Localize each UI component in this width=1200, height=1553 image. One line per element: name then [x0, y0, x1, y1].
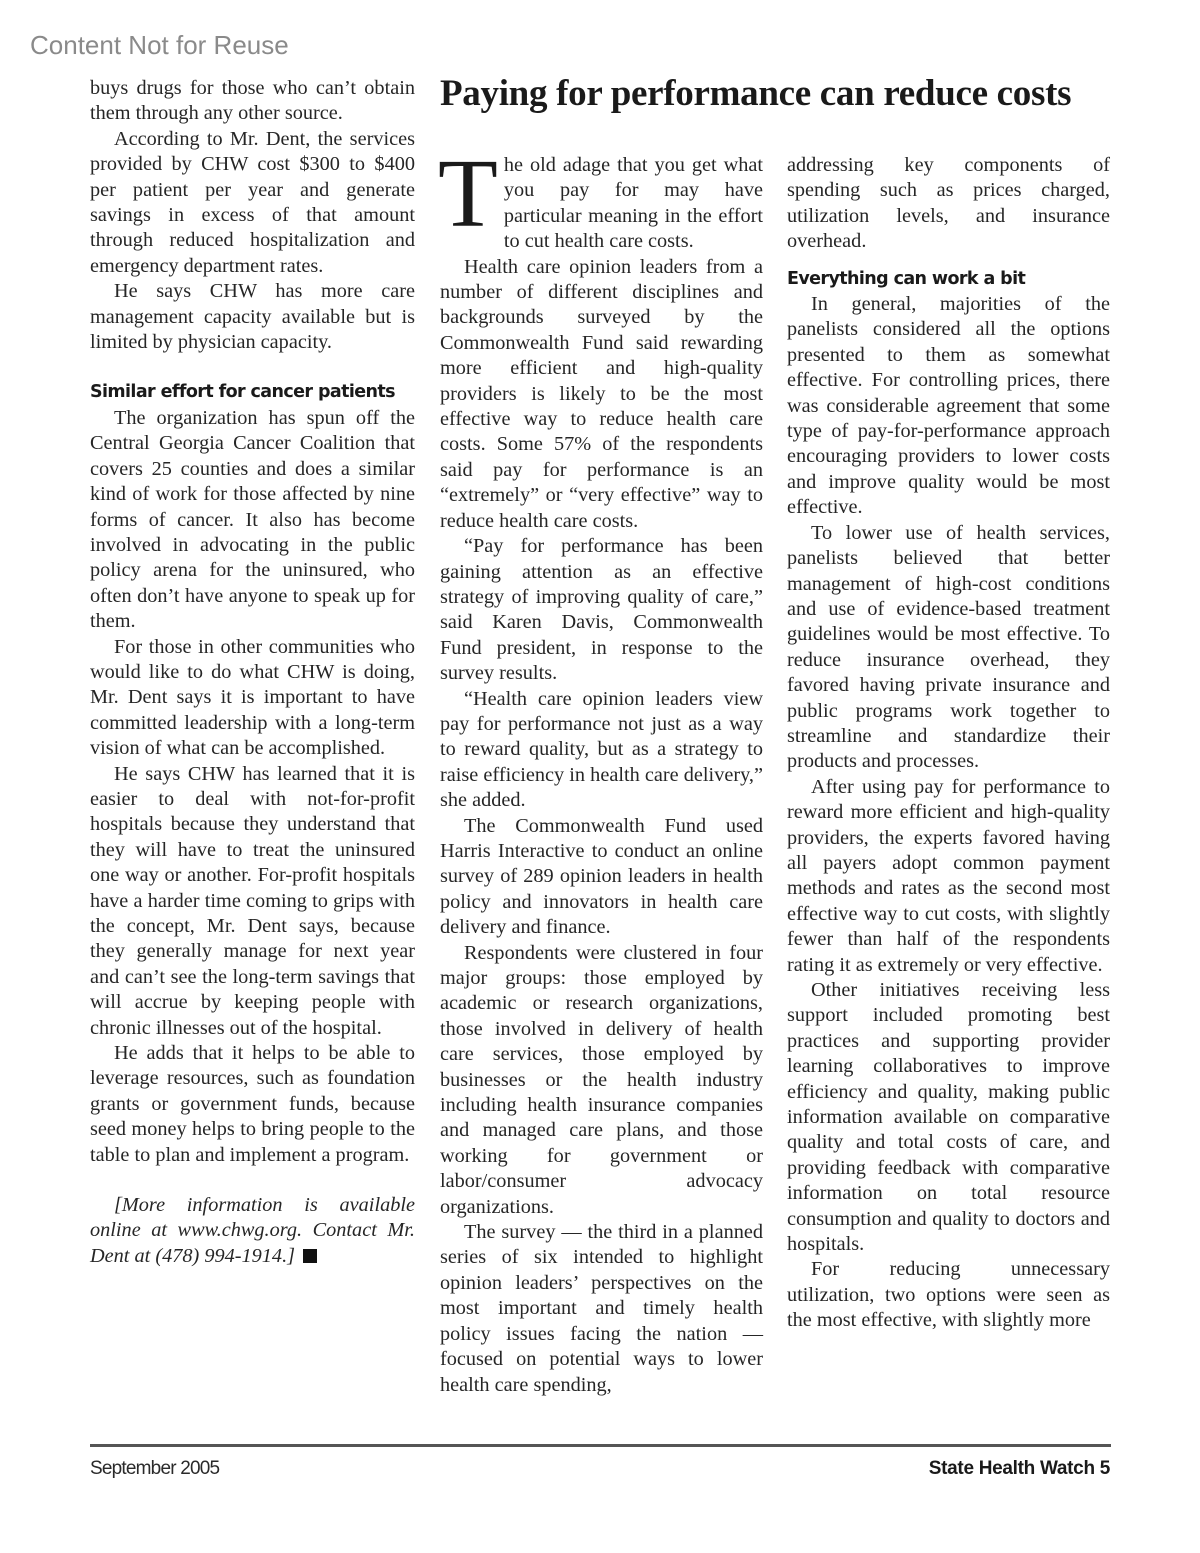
drop-cap: T — [438, 157, 498, 233]
paragraph: To lower use of health services, panelis… — [787, 521, 1110, 775]
footer-publication-page: State Health Watch 5 — [929, 1458, 1110, 1480]
subhead: Similar effort for cancer patients — [90, 380, 415, 405]
paragraph: He adds that it helps to be able to leve… — [90, 1041, 415, 1168]
paragraph: addressing key components of spending su… — [787, 153, 1110, 255]
paragraph: The survey — the third in a planned seri… — [440, 1220, 763, 1398]
paragraph: For those in other communities who would… — [90, 635, 415, 762]
paragraph: “Pay for performance has been gaining at… — [440, 534, 763, 686]
paragraph: After using pay for performance to rewar… — [787, 775, 1110, 978]
contact-note-text: [More information is available online at… — [90, 1194, 415, 1267]
lead-paragraph: The old adage that you get what you pay … — [440, 153, 763, 255]
article-headline: Paying for performance can reduce costs — [440, 70, 1120, 118]
paragraph: He says CHW has learned that it is easie… — [90, 762, 415, 1041]
paragraph: Health care opinion leaders from a numbe… — [440, 255, 763, 534]
footer-date: September 2005 — [90, 1458, 219, 1480]
subhead: Everything can work a bit — [787, 267, 1110, 292]
footer-rule — [90, 1444, 1111, 1447]
contact-note: [More information is available online at… — [90, 1193, 415, 1269]
paragraph: “Health care opinion leaders view pay fo… — [440, 687, 763, 814]
article-column-2: addressing key components of spending su… — [787, 153, 1110, 1334]
paragraph: In general, majorities of the panelists … — [787, 292, 1110, 521]
article-column-1: The old adage that you get what you pay … — [440, 153, 763, 1398]
end-of-story-mark-icon — [303, 1249, 317, 1263]
paragraph: Respondents were clustered in four major… — [440, 941, 763, 1220]
paragraph: The organization has spun off the Centra… — [90, 406, 415, 635]
paragraph: For reducing unnecessary utilization, tw… — [787, 1257, 1110, 1333]
lead-text: he old adage that you get what you pay f… — [504, 154, 763, 252]
paragraph: Other initiatives receiving less support… — [787, 978, 1110, 1257]
paragraph: buys drugs for those who can’t obtain th… — [90, 76, 415, 127]
paragraph: He says CHW has more care management cap… — [90, 279, 415, 355]
left-column: buys drugs for those who can’t obtain th… — [90, 76, 415, 1269]
watermark: Content Not for Reuse — [30, 30, 289, 61]
paragraph: According to Mr. Dent, the services prov… — [90, 127, 415, 279]
paragraph: The Commonwealth Fund used Harris Intera… — [440, 814, 763, 941]
